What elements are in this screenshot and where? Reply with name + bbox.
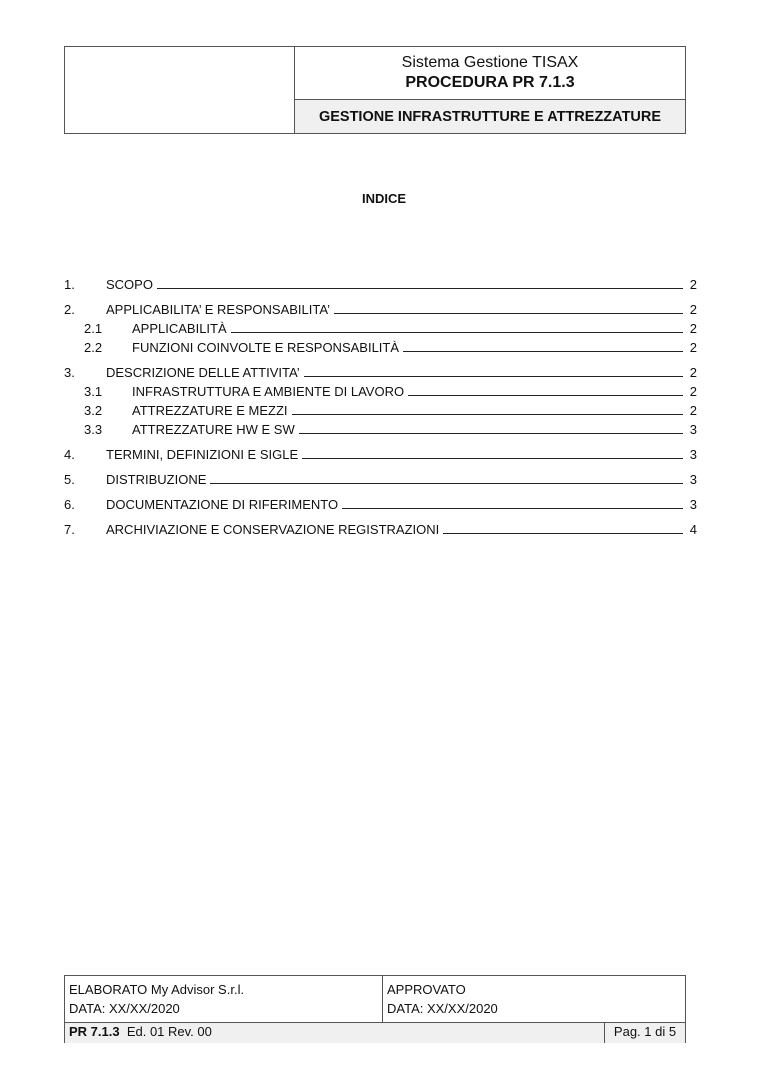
- toc-label: DOCUMENTAZIONE DI RIFERIMENTO: [106, 497, 338, 512]
- toc-page: 2: [687, 277, 697, 292]
- system-name: Sistema Gestione TISAX: [295, 53, 685, 73]
- toc-entry[interactable]: 3.DESCRIZIONE DELLE ATTIVITA’2: [64, 361, 697, 380]
- toc-page: 2: [687, 403, 697, 418]
- toc-label: FUNZIONI COINVOLTE E RESPONSABILITÀ: [132, 340, 399, 355]
- toc-entry[interactable]: 7.ARCHIVIAZIONE E CONSERVAZIONE REGISTRA…: [64, 518, 697, 537]
- approved-date: DATA: XX/XX/2020: [387, 999, 681, 1018]
- toc-label: ARCHIVIAZIONE E CONSERVAZIONE REGISTRAZI…: [106, 522, 439, 537]
- toc-page: 2: [687, 384, 697, 399]
- toc-label: ATTREZZATURE HW E SW: [132, 422, 295, 437]
- toc-number: 1.: [64, 277, 106, 292]
- toc-leader: [292, 413, 683, 415]
- toc-number: 6.: [64, 497, 106, 512]
- index-title: INDICE: [0, 191, 768, 206]
- header-table: Sistema Gestione TISAX PROCEDURA PR 7.1.…: [64, 46, 686, 134]
- toc-entry[interactable]: 3.3ATTREZZATURE HW E SW3: [64, 418, 697, 437]
- toc-entry[interactable]: 6.DOCUMENTAZIONE DI RIFERIMENTO3: [64, 493, 697, 512]
- toc-entry[interactable]: 4.TERMINI, DEFINIZIONI E SIGLE3: [64, 443, 697, 462]
- toc-leader: [304, 375, 683, 377]
- logo-cell: [65, 47, 295, 133]
- toc-leader: [408, 394, 683, 396]
- toc-label: ATTREZZATURE E MEZZI: [132, 403, 288, 418]
- toc-entry[interactable]: 3.2ATTREZZATURE E MEZZI2: [64, 399, 697, 418]
- footer-table: ELABORATO My Advisor S.r.l. DATA: XX/XX/…: [64, 975, 686, 1043]
- toc-leader: [443, 532, 683, 534]
- toc-label: SCOPO: [106, 277, 153, 292]
- toc-label: APPLICABILITÀ: [132, 321, 227, 336]
- toc-label: DESCRIZIONE DELLE ATTIVITA’: [106, 365, 300, 380]
- toc-leader: [157, 287, 683, 289]
- toc-label: DISTRIBUZIONE: [106, 472, 206, 487]
- code-label: PR 7.1.3: [69, 1024, 120, 1039]
- toc-entry[interactable]: 1.SCOPO2: [64, 273, 697, 292]
- toc-leader: [302, 457, 683, 459]
- toc-label: TERMINI, DEFINIZIONI E SIGLE: [106, 447, 298, 462]
- toc-page: 3: [687, 422, 697, 437]
- toc-number: 3.1: [64, 384, 132, 399]
- toc-page: 4: [687, 522, 697, 537]
- toc-entry[interactable]: 5.DISTRIBUZIONE3: [64, 468, 697, 487]
- toc-leader: [342, 507, 683, 509]
- toc-number: 2.1: [64, 321, 132, 336]
- toc-number: 4.: [64, 447, 106, 462]
- toc-leader: [210, 482, 683, 484]
- approved-by: APPROVATO: [387, 980, 681, 999]
- toc-number: 3.2: [64, 403, 132, 418]
- toc-leader: [334, 312, 683, 314]
- toc-page: 3: [687, 447, 697, 462]
- toc-page: 2: [687, 302, 697, 317]
- toc-page: 2: [687, 321, 697, 336]
- toc-entry[interactable]: 2.APPLICABILITA’ E RESPONSABILITA’2: [64, 298, 697, 317]
- toc-entry[interactable]: 2.1APPLICABILITÀ2: [64, 317, 697, 336]
- procedure-title: GESTIONE INFRASTRUTTURE E ATTREZZATURE: [295, 100, 685, 133]
- prepared-cell: ELABORATO My Advisor S.r.l. DATA: XX/XX/…: [65, 976, 383, 1022]
- toc-page: 3: [687, 472, 697, 487]
- prepared-date: DATA: XX/XX/2020: [69, 999, 378, 1018]
- toc-leader: [403, 350, 683, 352]
- approved-cell: APPROVATO DATA: XX/XX/2020: [383, 976, 685, 1022]
- table-of-contents: 1.SCOPO22.APPLICABILITA’ E RESPONSABILIT…: [64, 273, 697, 537]
- prepared-by: ELABORATO My Advisor S.r.l.: [69, 980, 378, 999]
- toc-page: 3: [687, 497, 697, 512]
- toc-leader: [231, 331, 683, 333]
- toc-label: APPLICABILITA’ E RESPONSABILITA’: [106, 302, 330, 317]
- toc-entry[interactable]: 2.2FUNZIONI COINVOLTE E RESPONSABILITÀ2: [64, 336, 697, 355]
- document-code: PR 7.1.3 Ed. 01 Rev. 00: [65, 1023, 604, 1043]
- toc-leader: [299, 432, 683, 434]
- toc-number: 5.: [64, 472, 106, 487]
- procedure-code: PROCEDURA PR 7.1.3: [295, 73, 685, 93]
- page-number: Pag. 1 di 5: [604, 1023, 685, 1043]
- toc-number: 3.3: [64, 422, 132, 437]
- toc-number: 2.: [64, 302, 106, 317]
- edition-label: Ed. 01 Rev. 00: [127, 1024, 212, 1039]
- toc-number: 3.: [64, 365, 106, 380]
- toc-page: 2: [687, 340, 697, 355]
- toc-number: 2.2: [64, 340, 132, 355]
- header-title-block: Sistema Gestione TISAX PROCEDURA PR 7.1.…: [295, 47, 685, 133]
- toc-number: 7.: [64, 522, 106, 537]
- toc-page: 2: [687, 365, 697, 380]
- toc-entry[interactable]: 3.1INFRASTRUTTURA E AMBIENTE DI LAVORO2: [64, 380, 697, 399]
- toc-label: INFRASTRUTTURA E AMBIENTE DI LAVORO: [132, 384, 404, 399]
